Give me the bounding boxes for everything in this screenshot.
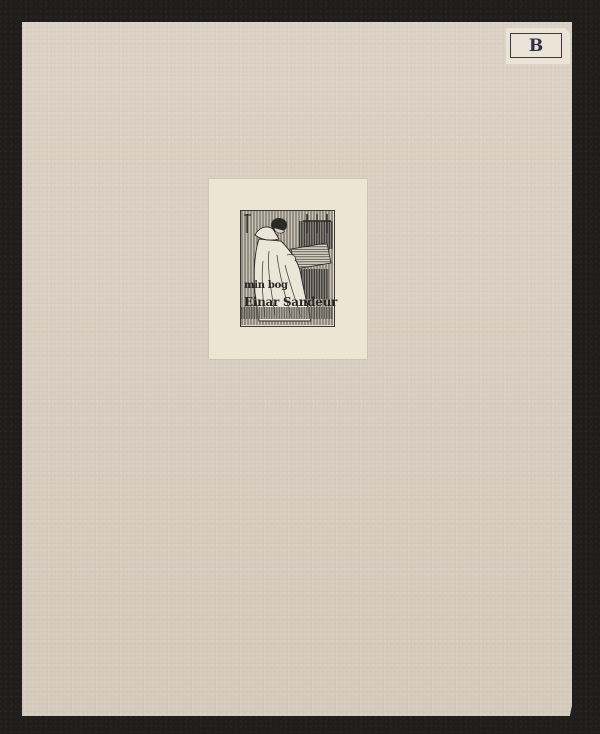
bookplate-caption: ... ... (242, 321, 334, 327)
bookplate-text-line-1: min bog (244, 281, 334, 291)
bookplate-text-line-2: Einar Sandeur (244, 296, 334, 308)
catalog-letter-label: B (510, 33, 562, 58)
bookplate-print (240, 210, 335, 327)
caption-artist-signature: ... (242, 321, 245, 327)
paper-sheet (22, 22, 572, 716)
caption-date: ... (331, 321, 334, 327)
